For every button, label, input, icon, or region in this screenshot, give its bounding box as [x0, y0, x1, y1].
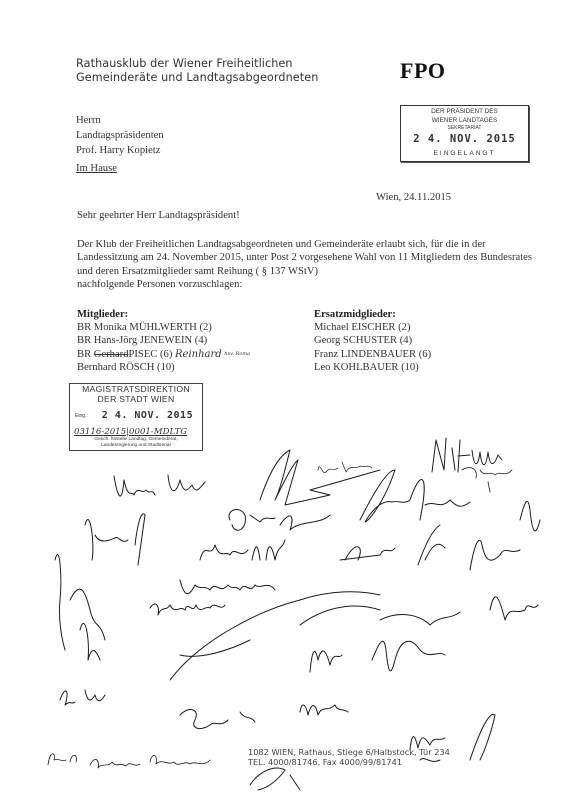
letter-footer: 1082 WIEN, Rathaus, Stiege 6/Halbstock, … — [248, 747, 450, 767]
signatures-area — [0, 0, 566, 799]
footer-address: 1082 WIEN, Rathaus, Stiege 6/Halbstock, … — [248, 747, 450, 757]
footer-contact: TEL. 4000/81746, Fax 4000/99/81741 — [248, 757, 450, 767]
